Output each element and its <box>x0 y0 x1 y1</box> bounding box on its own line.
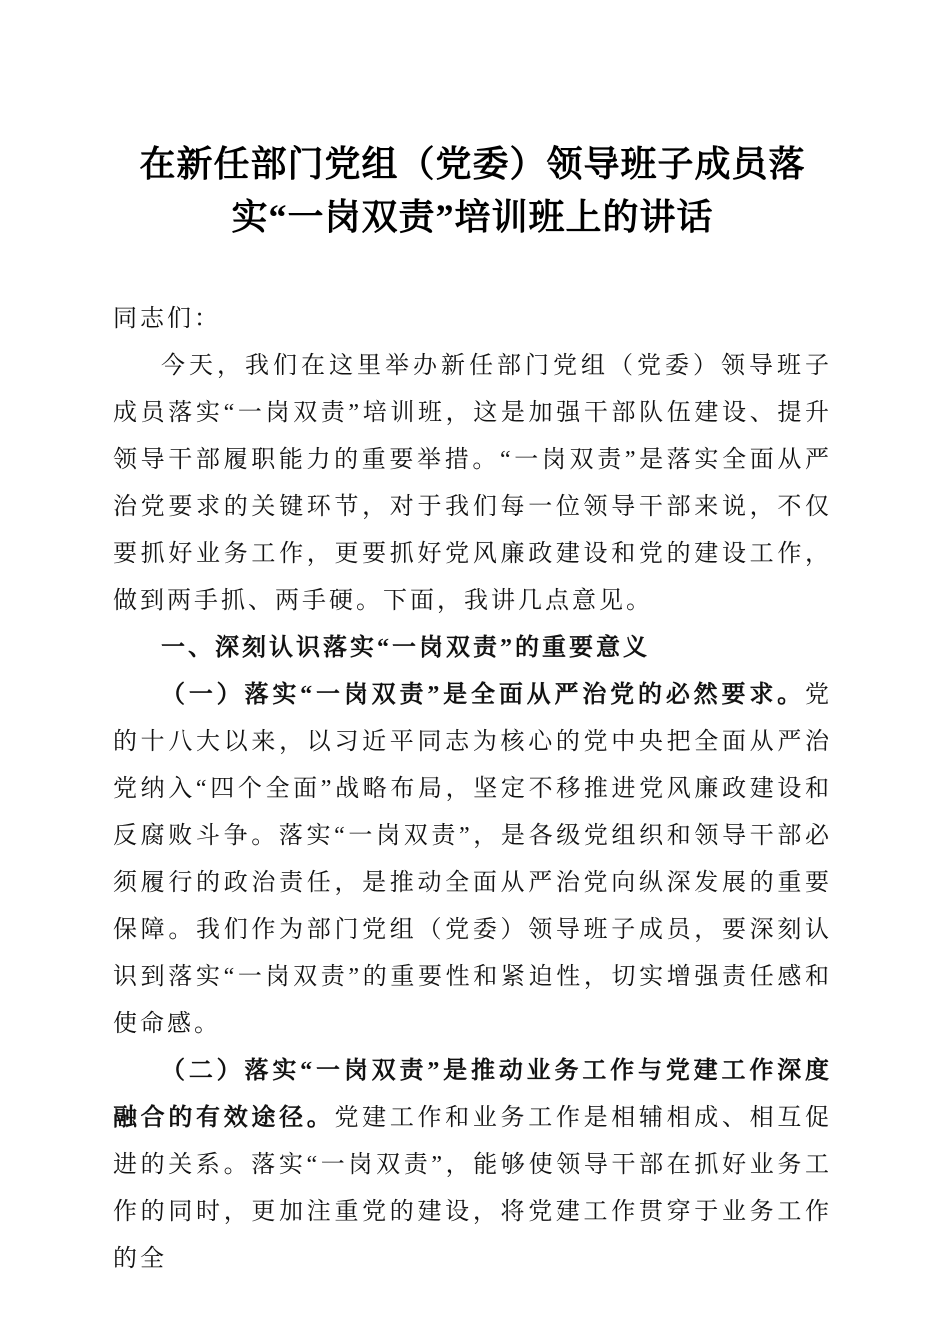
document-page: 在新任部门党组（党委）领导班子成员落实“一岗双责”培训班上的讲话 同志们： 今天… <box>0 0 950 1344</box>
paragraph-point-2: （二）落实“一岗双责”是推动业务工作与党建工作深度融合的有效途径。党建工作和业务… <box>113 1048 832 1283</box>
document-body: 同志们： 今天，我们在这里举办新任部门党组（党委）领导班子成员落实“一岗双责”培… <box>113 296 832 1283</box>
document-title: 在新任部门党组（党委）领导班子成员落实“一岗双责”培训班上的讲话 <box>128 138 818 244</box>
paragraph-point-1-text: 党的十八大以来，以习近平同志为核心的党中央把全面从严治党纳入“四个全面”战略布局… <box>113 682 832 1037</box>
salutation: 同志们： <box>113 296 832 343</box>
section-heading-1: 一、深刻认识落实“一岗双责”的重要意义 <box>113 625 832 672</box>
paragraph-point-1-lead: （一）落实“一岗双责”是全面从严治党的必然要求。 <box>161 682 805 708</box>
paragraph-point-1: （一）落实“一岗双责”是全面从严治党的必然要求。党的十八大以来，以习近平同志为核… <box>113 672 832 1048</box>
paragraph-intro: 今天，我们在这里举办新任部门党组（党委）领导班子成员落实“一岗双责”培训班，这是… <box>113 343 832 625</box>
